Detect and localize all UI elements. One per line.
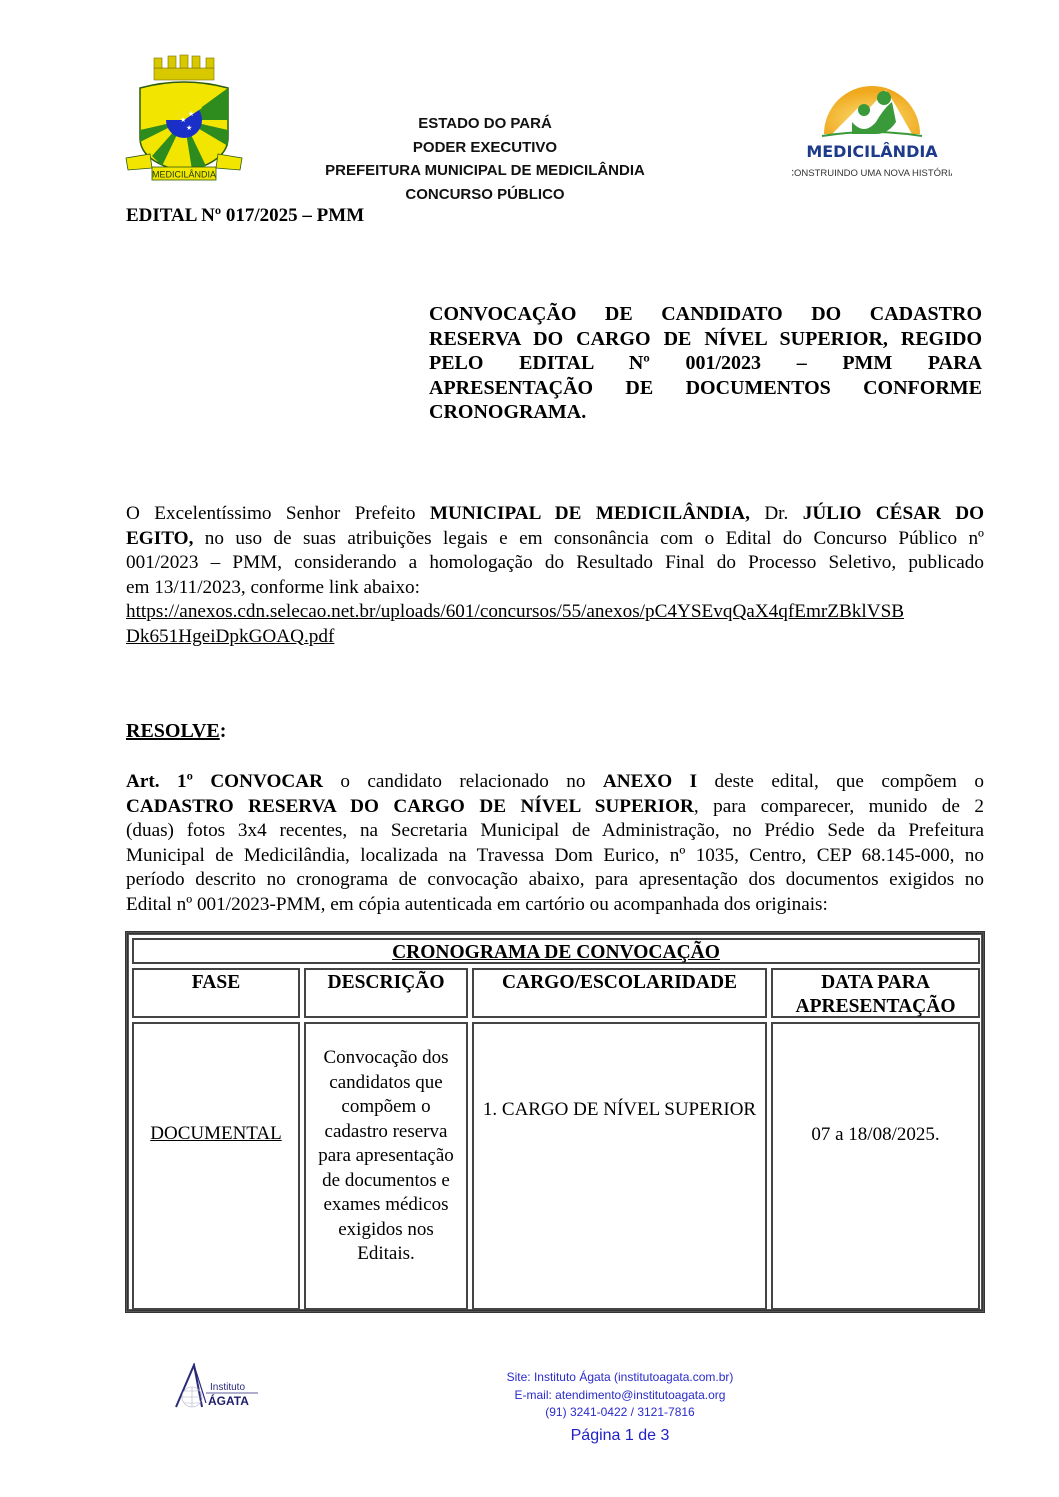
intro-line: EGITO, no uso de suas atribuições legais… <box>126 527 984 552</box>
footer-email: E-mail: atendimento@institutoagata.org <box>440 1387 800 1405</box>
crest-icon: ★ ★ ★ MEDICILÂNDIA <box>122 50 246 185</box>
edital-number-title: EDITAL Nº 017/2025 – PMM <box>126 205 364 227</box>
footer-contact: Site: Instituto Ágata (institutoagata.co… <box>440 1369 800 1448</box>
header-line-contest: CONCURSO PÚBLICO <box>290 183 680 207</box>
mayor-name-cont: EGITO, <box>126 528 193 549</box>
svg-text:MEDICILÂNDIA: MEDICILÂNDIA <box>806 142 938 161</box>
article-line: (duas) fotos 3x4 recentes, na Secretaria… <box>126 819 984 844</box>
table-row-fase-cell: DOCUMENTAL <box>132 1022 300 1310</box>
table-row-cargo-cell: 1. CARGO DE NÍVEL SUPERIOR <box>472 1022 767 1310</box>
header-data: DATA PARA APRESENTAÇÃO <box>771 968 980 1018</box>
article-line: período descrito no cronograma de convoc… <box>126 868 984 893</box>
subject-line: PELO EDITAL Nº 001/2023 – PMM PARA <box>429 351 982 376</box>
sun-people-icon: MEDICILÂNDIA CONSTRUINDO UMA NOVA HISTÓR… <box>792 52 952 187</box>
intro-line: 001/2023 – PMM, considerando a homologaç… <box>126 551 984 576</box>
intro-line: em 13/11/2023, conforme link abaixo: <box>126 576 984 601</box>
agata-pyramid-icon: Instituto ÁGATA <box>172 1363 264 1413</box>
footer-phone: (91) 3241-0422 / 3121-7816 <box>440 1404 800 1422</box>
article-1-paragraph: Art. 1º CONVOCAR o candidato relacionado… <box>126 770 984 917</box>
mayor-name: JÚLIO CÉSAR DO <box>803 503 984 524</box>
result-pdf-link[interactable]: https://anexos.cdn.selecao.net.br/upload… <box>126 600 996 649</box>
article-line: Edital nº 001/2023-PMM, em cópia autenti… <box>126 893 984 918</box>
header-line-state: ESTADO DO PARÁ <box>290 112 680 136</box>
svg-text:Instituto: Instituto <box>210 1382 245 1393</box>
descricao-value: Convocação dos candidatos que compõem o … <box>312 1046 460 1267</box>
svg-text:MEDICILÂNDIA: MEDICILÂNDIA <box>152 170 216 180</box>
text: deste edital, que compõem o <box>697 771 984 792</box>
header-fase: FASE <box>132 968 300 1018</box>
medicilandia-brand-logo: MEDICILÂNDIA CONSTRUINDO UMA NOVA HISTÓR… <box>792 52 952 187</box>
table-row-data-cell: 07 a 18/08/2025. <box>771 1022 980 1310</box>
cargo-value: 1. CARGO DE NÍVEL SUPERIOR <box>474 1098 765 1123</box>
page-number: Página 1 de 3 <box>440 1424 800 1448</box>
convocation-schedule-table: CRONOGRAMA DE CONVOCAÇÃO FASE DESCRIÇÃO … <box>125 931 985 1313</box>
link-line[interactable]: Dk651HgeiDpkGOAQ.pdf <box>126 626 334 647</box>
table-title: CRONOGRAMA DE CONVOCAÇÃO <box>392 942 720 963</box>
text: Dr. <box>750 503 803 524</box>
article-label: Art. 1º CONVOCAR <box>126 771 323 792</box>
footer-site: Site: Instituto Ágata (institutoagata.co… <box>440 1369 800 1387</box>
header-institution-lines: ESTADO DO PARÁ PODER EXECUTIVO PREFEITUR… <box>290 112 680 206</box>
table-row-descricao-cell: Convocação dos candidatos que compõem o … <box>304 1022 468 1310</box>
data-value: 07 a 18/08/2025. <box>773 1123 978 1148</box>
subject-line: APRESENTAÇÃO DE DOCUMENTOS CONFORME <box>429 376 982 401</box>
svg-text:CONSTRUINDO UMA NOVA HISTÓRIA: CONSTRUINDO UMA NOVA HISTÓRIA <box>792 168 952 179</box>
instituto-agata-logo: Instituto ÁGATA <box>172 1363 264 1413</box>
link-line[interactable]: https://anexos.cdn.selecao.net.br/upload… <box>126 601 904 622</box>
resolve-colon: : <box>220 720 227 742</box>
municipal-crest-logo: ★ ★ ★ MEDICILÂNDIA <box>122 50 246 185</box>
text: O Excelentíssimo Senhor Prefeito <box>126 503 430 524</box>
text: no uso de suas atribuições legais e em c… <box>193 528 984 549</box>
fase-value: DOCUMENTAL <box>134 1122 298 1147</box>
subject-line: CRONOGRAMA. <box>429 400 982 425</box>
annex-ref: ANEXO I <box>603 771 697 792</box>
municipality-name: MUNICIPAL DE MEDICILÂNDIA, <box>430 503 750 524</box>
svg-text:★: ★ <box>188 110 194 118</box>
svg-text:ÁGATA: ÁGATA <box>208 1393 249 1408</box>
article-line: Municipal de Medicilândia, localizada na… <box>126 844 984 869</box>
svg-text:★: ★ <box>180 116 186 124</box>
resolve-label: RESOLVE <box>126 720 220 742</box>
header-cargo: CARGO/ESCOLARIDADE <box>472 968 767 1018</box>
table-title-cell: CRONOGRAMA DE CONVOCAÇÃO <box>132 938 980 964</box>
article-line: Art. 1º CONVOCAR o candidato relacionado… <box>126 770 984 795</box>
header-descricao: DESCRIÇÃO <box>304 968 468 1018</box>
resolve-heading: RESOLVE: <box>126 720 226 743</box>
intro-line: O Excelentíssimo Senhor Prefeito MUNICIP… <box>126 502 984 527</box>
text: o candidato relacionado no <box>323 771 603 792</box>
result-link-block: https://anexos.cdn.selecao.net.br/upload… <box>126 600 996 649</box>
subject-line: RESERVA DO CARGO DE NÍVEL SUPERIOR, REGI… <box>429 327 982 352</box>
header-line-power: PODER EXECUTIVO <box>290 136 680 160</box>
article-line: CADASTRO RESERVA DO CARGO DE NÍVEL SUPER… <box>126 795 984 820</box>
header-line-prefecture: PREFEITURA MUNICIPAL DE MEDICILÂNDIA <box>290 159 680 183</box>
cadastro-ref: CADASTRO RESERVA DO CARGO DE NÍVEL SUPER… <box>126 796 694 817</box>
subject-line: CONVOCAÇÃO DE CANDIDATO DO CADASTRO <box>429 302 982 327</box>
text: , para comparecer, munido de 2 <box>694 796 984 817</box>
intro-paragraph: O Excelentíssimo Senhor Prefeito MUNICIP… <box>126 502 984 600</box>
svg-text:★: ★ <box>186 124 192 132</box>
edital-subject: CONVOCAÇÃO DE CANDIDATO DO CADASTRO RESE… <box>429 302 982 425</box>
